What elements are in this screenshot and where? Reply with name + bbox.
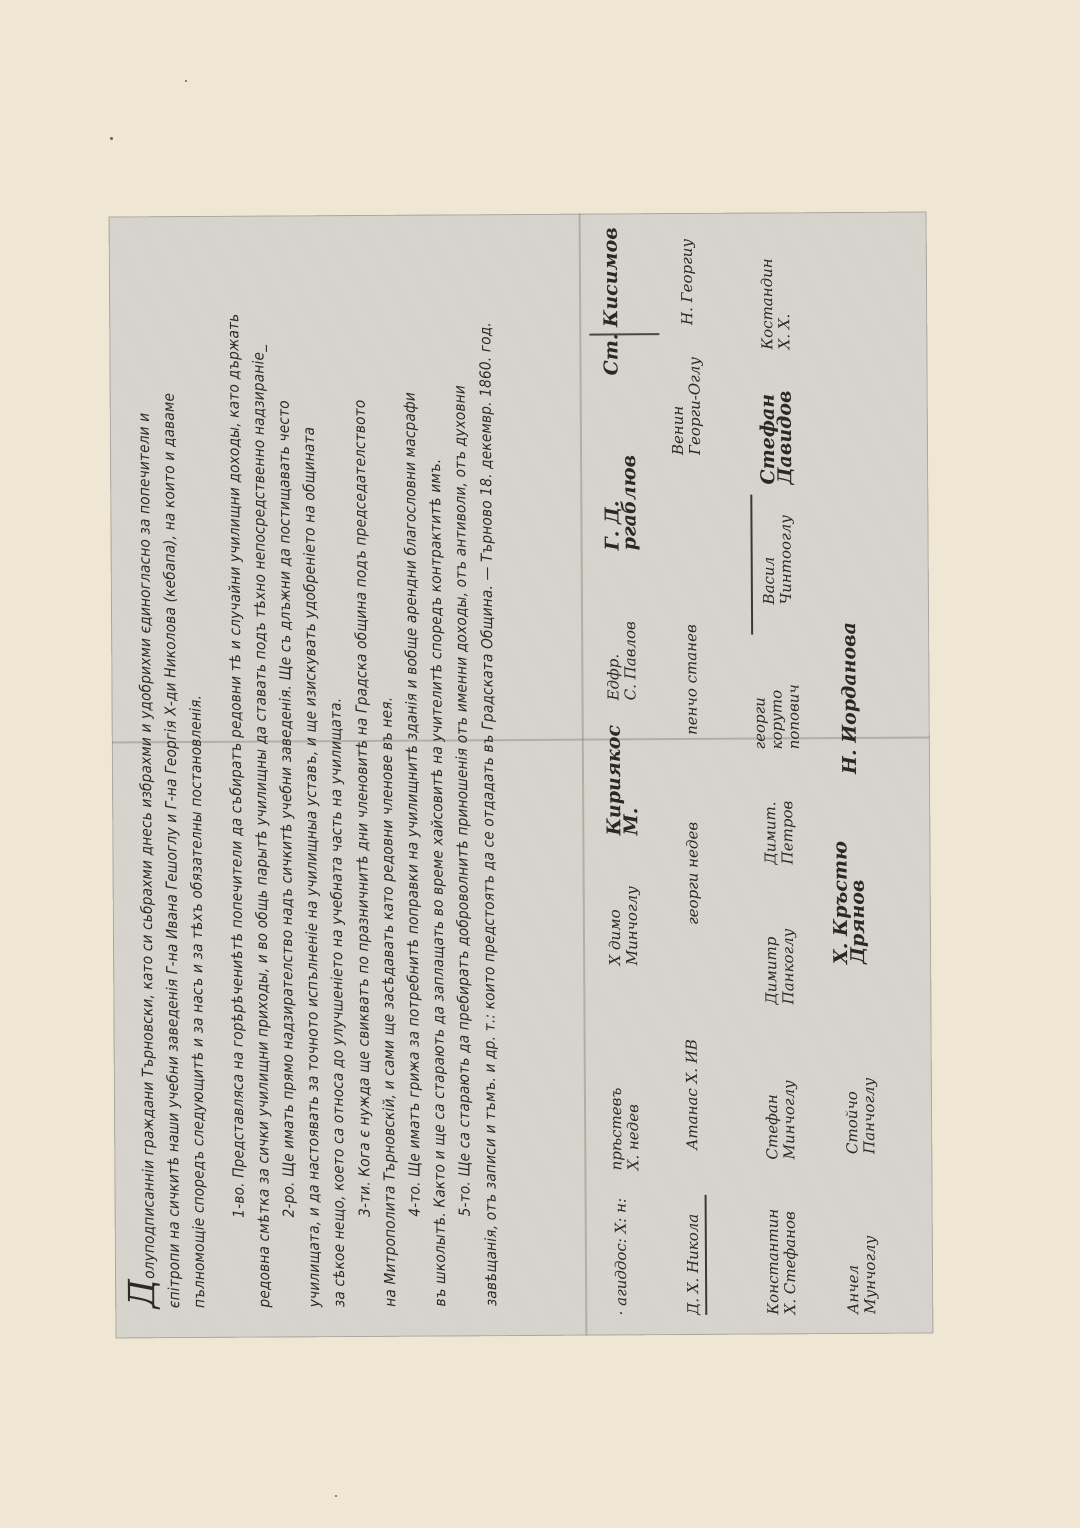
paper-speck [335,1495,337,1497]
signature: Кириякос М. [606,725,641,836]
paper-speck [110,137,113,140]
signature-underline [750,495,752,635]
signature: Х. Кръстю Дрянов [832,841,867,964]
manuscript-body: Долуподписанніи граждани Търновски, като… [127,241,504,1308]
drop-initial: Д [122,1279,163,1309]
signature: Димит. Петров [762,801,796,865]
signature: Анчел Мунчоглу [845,1236,879,1314]
signature: Х димо Минчоглу [607,886,641,965]
document-plate: Долуподписанніи граждани Търновски, като… [109,212,934,1339]
signature: Константин Х. Стефанов [765,1209,800,1315]
signature: Ст. Кисимов [603,227,621,375]
signature: Костандин Х. Х. [759,258,794,349]
signature: Стефан Давидов [760,390,795,484]
signature-underline [705,1195,707,1315]
signature: Стефан Минчоглу [764,1080,798,1159]
signature: Н. Иорданова [841,622,859,774]
signature: Венин Георги-Оглу [669,357,704,455]
signature: георги недев [684,822,702,925]
signature: георги коруто попович [751,684,802,749]
fold-crease-horizontal [579,214,588,1336]
paper-speck [185,80,187,82]
signature: Стойчо Панчоглу [844,1078,878,1154]
signature: · агиддос: Х: н: [613,1198,631,1316]
manuscript-document: Долуподписанніи граждани Търновски, като… [109,212,934,1339]
signatures-block: · агиддос: Х: н: прѣстевъ Х. недев Х дим… [589,212,926,1336]
signature: Димитр Панкоглу [763,929,797,1005]
signature: Г. Д. ргаблюв [604,455,639,551]
signature: Атанас Х. ИВ [684,1039,702,1150]
signature: прѣстевъ Х. недев [608,1088,643,1171]
signature: Н. Георгиу [679,239,697,325]
signature: Едфр. С. Павлов [605,621,639,700]
signature: Д. Х. Никола [685,1214,703,1315]
signature: пенчо станев [683,624,701,735]
signature: Васил Чинтооглу [760,515,795,604]
